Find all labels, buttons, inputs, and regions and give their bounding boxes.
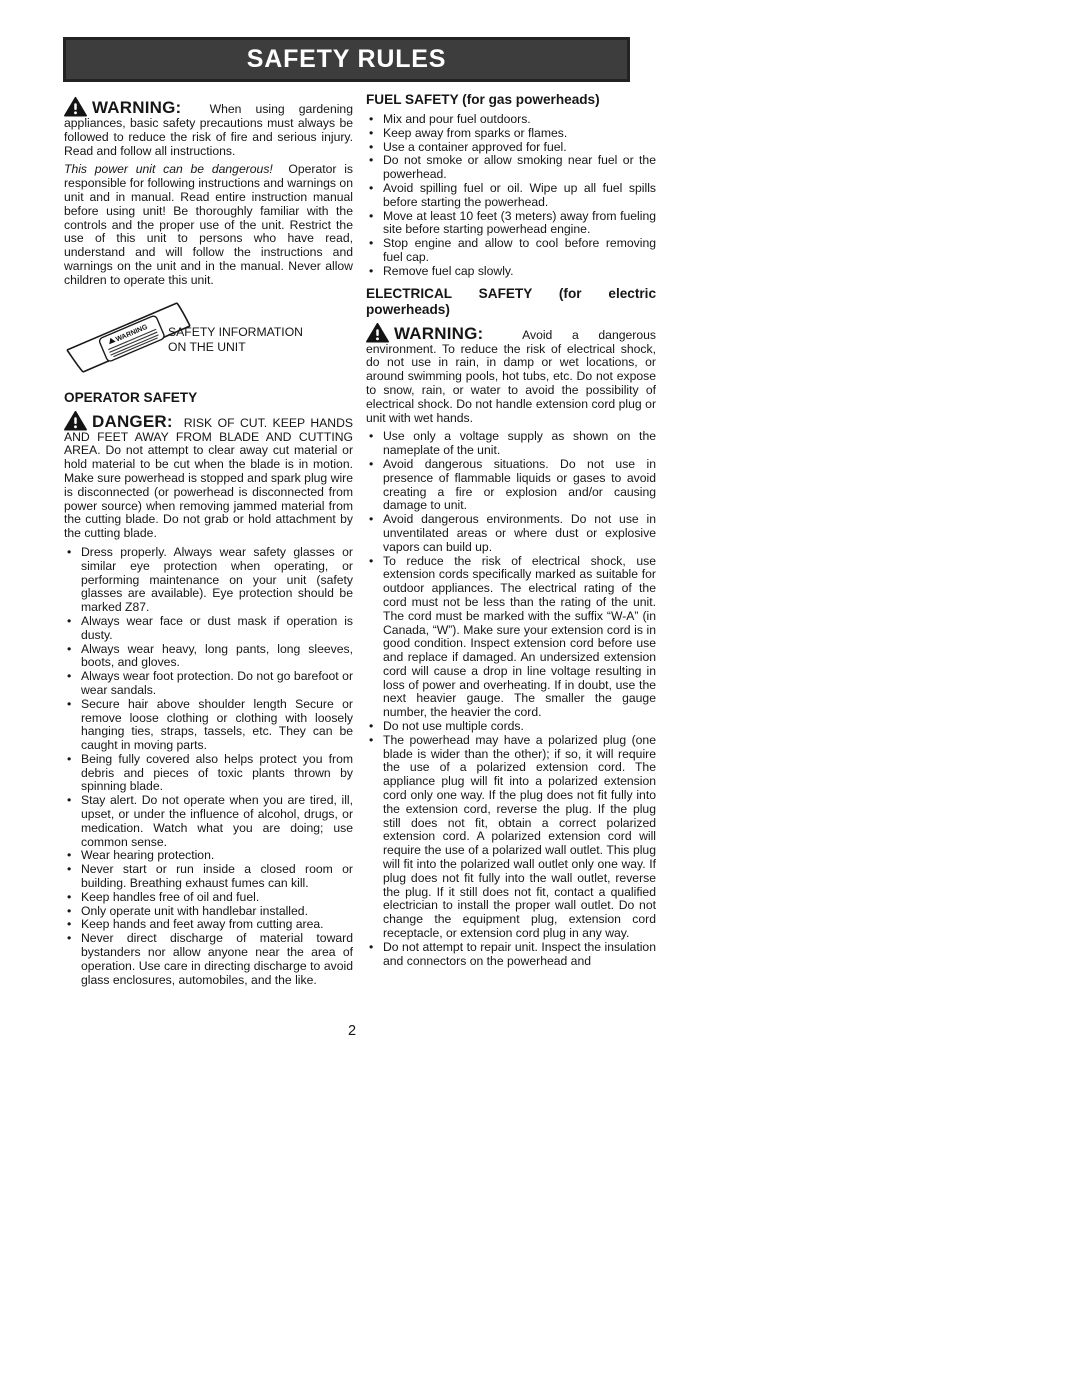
danger-triangle-icon bbox=[64, 411, 87, 431]
warning-paragraph: WARNING: When using gardening appliances… bbox=[64, 97, 353, 158]
list-item: Use a container approved for fuel. bbox=[366, 141, 656, 155]
right-column: FUEL SAFETY (for gas powerheads) Mix and… bbox=[366, 92, 656, 973]
list-item: Avoid dangerous situations. Do not use i… bbox=[366, 458, 656, 513]
list-item: Always wear foot protection. Do not go b… bbox=[64, 670, 353, 698]
list-item: Do not use multiple cords. bbox=[366, 720, 656, 734]
list-item: Stop engine and allow to cool before rem… bbox=[366, 237, 656, 265]
page-number: 2 bbox=[340, 1023, 364, 1039]
warning-triangle-icon bbox=[64, 97, 87, 117]
list-item: Keep hands and feet away from cutting ar… bbox=[64, 918, 353, 932]
warning-triangle-icon bbox=[366, 323, 389, 343]
list-item: Keep handles free of oil and fuel. bbox=[64, 891, 353, 905]
list-item: Do not attempt to repair unit. Inspect t… bbox=[366, 941, 656, 969]
manual-page: SAFETY RULES WARNING: When using gardeni… bbox=[0, 0, 1080, 1397]
list-item: Stay alert. Do not operate when you are … bbox=[64, 794, 353, 849]
list-item: Dress properly. Always wear safety glass… bbox=[64, 546, 353, 615]
illustration-caption-line2: ON THE UNIT bbox=[168, 340, 303, 355]
warning-label: WARNING: bbox=[92, 98, 181, 117]
danger-paragraph: DANGER: RISK OF CUT. KEEP HANDS AND FEET… bbox=[64, 411, 353, 541]
fuel-safety-heading: FUEL SAFETY (for gas powerheads) bbox=[366, 92, 656, 108]
fuel-safety-list: Mix and pour fuel outdoors. Keep away fr… bbox=[366, 113, 656, 279]
list-item: Being fully covered also helps protect y… bbox=[64, 753, 353, 794]
electrical-safety-heading: ELECTRICAL SAFETY (for electric powerhea… bbox=[366, 286, 656, 318]
list-item: Never start or run inside a closed room … bbox=[64, 863, 353, 891]
section-header-bar: SAFETY RULES bbox=[63, 37, 630, 82]
intro-text: Operator is responsible for following in… bbox=[64, 162, 353, 286]
left-column: WARNING: When using gardening appliances… bbox=[64, 97, 353, 992]
list-item: Avoid dangerous environments. Do not use… bbox=[366, 513, 656, 554]
list-item: To reduce the risk of electrical shock, … bbox=[366, 555, 656, 721]
list-item: Secure hair above shoulder length Secure… bbox=[64, 698, 353, 753]
list-item: Only operate unit with handlebar install… bbox=[64, 905, 353, 919]
list-item: Avoid spilling fuel or oil. Wipe up all … bbox=[366, 182, 656, 210]
electrical-warning-paragraph: WARNING: Avoid a dangerous environment. … bbox=[366, 323, 656, 426]
list-item: Keep away from sparks or flames. bbox=[366, 127, 656, 141]
list-item: Never direct discharge of material towar… bbox=[64, 932, 353, 987]
operator-safety-list: Dress properly. Always wear safety glass… bbox=[64, 546, 353, 988]
danger-label: DANGER: bbox=[92, 412, 173, 431]
warning-text: Avoid a dangerous environment. To reduce… bbox=[366, 328, 656, 425]
intro-italic-text: This power unit can be dangerous! bbox=[64, 162, 273, 176]
illustration-caption: SAFETY INFORMATION ON THE UNIT bbox=[168, 325, 303, 355]
list-item: Use only a voltage supply as shown on th… bbox=[366, 430, 656, 458]
list-item: Always wear heavy, long pants, long slee… bbox=[64, 643, 353, 671]
intro-paragraph: This power unit can be dangerous! Operat… bbox=[64, 163, 353, 287]
list-item: Move at least 10 feet (3 meters) away fr… bbox=[366, 210, 656, 238]
danger-text: Do not attempt to clear away cut materia… bbox=[64, 443, 353, 540]
list-item: Mix and pour fuel outdoors. bbox=[366, 113, 656, 127]
unit-label-illustration: WARNING SAFETY INFORMATION ON THE UNIT bbox=[64, 295, 353, 383]
warning-label: WARNING: bbox=[394, 324, 483, 343]
list-item: Do not smoke or allow smoking near fuel … bbox=[366, 154, 656, 182]
list-item: The powerhead may have a polarized plug … bbox=[366, 734, 656, 941]
electrical-safety-list: Use only a voltage supply as shown on th… bbox=[366, 430, 656, 968]
page-title: SAFETY RULES bbox=[247, 45, 446, 74]
list-item: Wear hearing protection. bbox=[64, 849, 353, 863]
illustration-caption-line1: SAFETY INFORMATION bbox=[168, 325, 303, 340]
operator-safety-heading: OPERATOR SAFETY bbox=[64, 390, 353, 406]
list-item: Always wear face or dust mask if operati… bbox=[64, 615, 353, 643]
list-item: Remove fuel cap slowly. bbox=[366, 265, 656, 279]
